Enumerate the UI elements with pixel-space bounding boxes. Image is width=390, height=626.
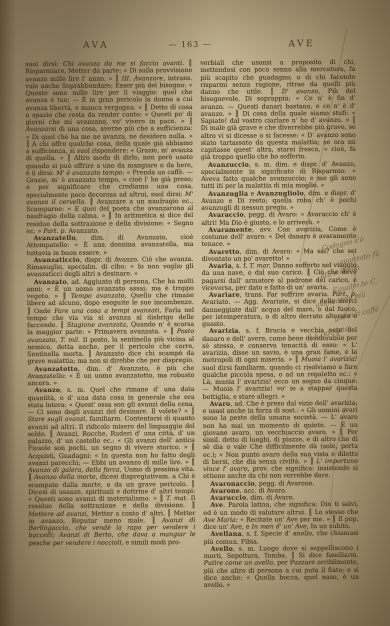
dict-entry-avanzatotto: Avanzatotto, dim. d' Avanzato, è più che… xyxy=(27,364,194,387)
page-number: — 163 — xyxy=(168,40,211,49)
dict-entry-avello: Avello, s. m. Luogo dove si seppelliscon… xyxy=(204,545,359,590)
dict-entry-avaria: Avaria, s. f. T. mar. Danno sofferto nel… xyxy=(202,262,357,292)
dict-entry-avanzo: Avanzo, s. m. Quel che rimane d' una dat… xyxy=(28,386,196,547)
dict-entry-ave: Ave. Parola latina, che significa: Dio t… xyxy=(203,501,358,531)
header-keyword-left: AVA xyxy=(83,41,109,51)
right-column: verbiali che usansi a proposito di chi, … xyxy=(200,59,359,589)
dict-paragraph-continuation: verbiali che usansi a proposito di chi, … xyxy=(200,59,356,162)
text-columns: suol dirsi: Chi avanza da me si faccia a… xyxy=(25,59,359,591)
dict-entry-avellana: Avellana, s. f. Specie d' anello, che ch… xyxy=(204,530,359,546)
left-column: suol dirsi: Chi avanza da me si faccia a… xyxy=(25,60,196,590)
running-header: AVA — 163 — AVE xyxy=(25,39,355,59)
dict-entry-avanzato: Avanzato, ad. Aggiunto di persona, Che h… xyxy=(27,277,195,365)
dict-entry-avaro: Avaro, ad. Che è preso dal vizio dell' a… xyxy=(203,400,359,481)
dict-entry-avanzaticcio: Avanzaticcio, dispr. di Avanzo. Ciò che … xyxy=(27,256,194,279)
dict-paragraph-continuation: suol dirsi: Chi avanza da me si faccia a… xyxy=(25,60,193,235)
dict-entry-avanzuglia: Avanzuglia e Avanzugliolo, dim. e dispr.… xyxy=(201,189,356,212)
dict-entry-avanzuccio: Avanzuccio, s. m. dim. e dispr. d' Avanz… xyxy=(201,160,356,190)
dict-entry-avaramente: Avaramente, avv. Con avarizia, Come è co… xyxy=(201,226,356,249)
header-keyword-right: AVE xyxy=(288,39,315,49)
page-content: AVA — 163 — AVE suol dirsi: Chi avanza d… xyxy=(25,39,359,591)
dict-entry-avarizia: Avarizia, s. f. Brucia e vecchia sete de… xyxy=(202,327,358,401)
scanned-dictionary-page: AVA — 163 — AVE suol dirsi: Chi avanza d… xyxy=(0,0,390,626)
dict-entry-avanzatello: Avanzatello, dim. di Avanzato, cioè Atte… xyxy=(26,234,193,257)
dict-entry-avaretto: Avaretto, dim. di Avaro: « Ma sai? che s… xyxy=(202,247,357,263)
dict-entry-avariare: Avariare, trans. Far soffrire avaria. Pa… xyxy=(202,291,357,328)
dict-entry-avaraccio: Avaraccio, pegg. di Avaro: « Avaraccio c… xyxy=(201,211,356,227)
